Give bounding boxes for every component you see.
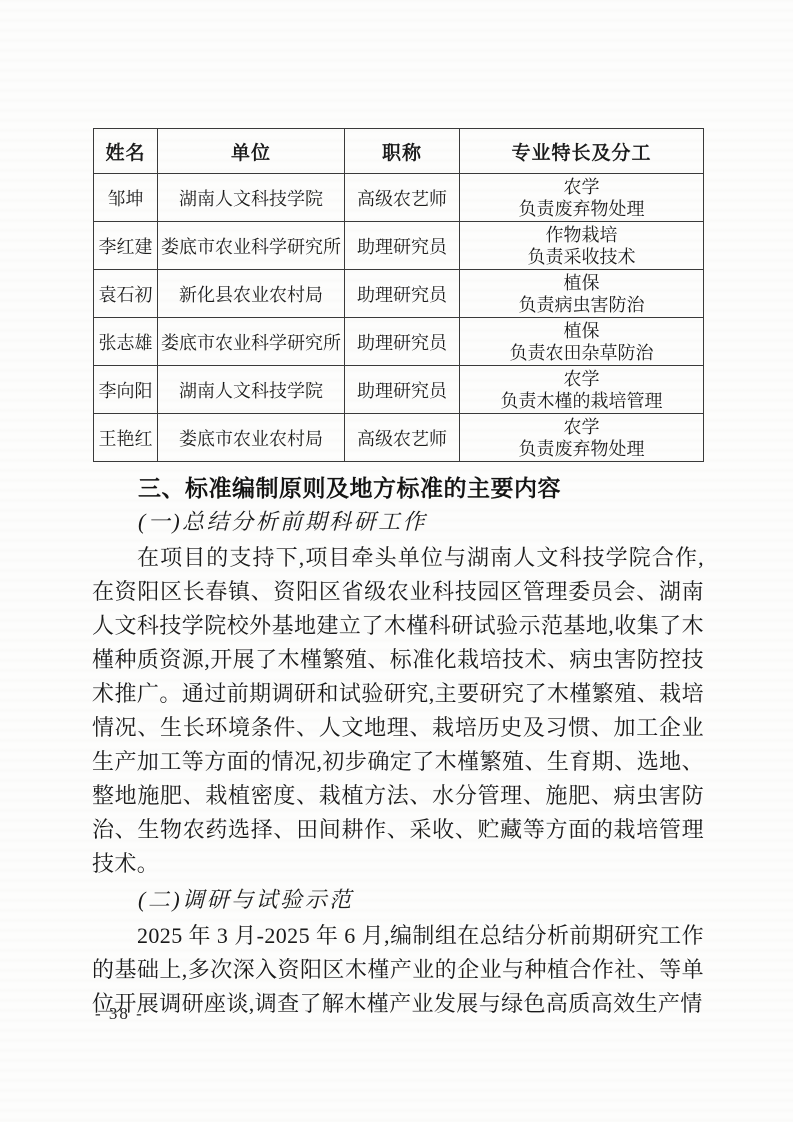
cell-title: 助理研究员 [345,270,460,318]
cell-unit: 娄底市农业科学研究所 [158,318,345,366]
subsection2-heading: (二)调研与试验示范 [92,884,704,916]
duty-line: 负责木槿的栽培管理 [460,390,703,412]
cell-specialty: 植保 负责农田杂草防治 [460,318,704,366]
duty-line: 负责病虫害防治 [460,294,703,316]
cell-specialty: 作物栽培 负责采收技术 [460,222,704,270]
duty-line: 负责废弃物处理 [460,438,703,460]
body-text: 三、标准编制原则及地方标准的主要内容 (一)总结分析前期科研工作 在项目的支持下… [92,472,704,1021]
duty-line: 负责农田杂草防治 [460,342,703,364]
cell-name: 王艳红 [94,414,158,462]
cell-name: 李向阳 [94,366,158,414]
specialty-line: 植保 [460,272,703,294]
subsection1-heading: (一)总结分析前期科研工作 [92,506,704,538]
paragraph-1: 在项目的支持下,项目牵头单位与湖南人文科技学院合作,在资阳区长春镇、资阳区省级农… [92,541,704,881]
cell-name: 邹坤 [94,174,158,222]
specialty-line: 农学 [460,368,703,390]
header-name: 姓名 [94,129,158,174]
cell-title: 助理研究员 [345,318,460,366]
cell-specialty: 植保 负责病虫害防治 [460,270,704,318]
document-page: 姓名 单位 职称 专业特长及分工 邹坤 湖南人文科技学院 高级农艺师 农学 负责… [0,0,793,1122]
table-header-row: 姓名 单位 职称 专业特长及分工 [94,129,704,174]
table-row: 王艳红 娄底市农业农村局 高级农艺师 农学 负责废弃物处理 [94,414,704,462]
cell-title: 助理研究员 [345,366,460,414]
page-number: - 38 - [95,1004,144,1024]
drafting-team-table: 姓名 单位 职称 专业特长及分工 邹坤 湖南人文科技学院 高级农艺师 农学 负责… [93,128,704,462]
header-unit: 单位 [158,129,345,174]
specialty-line: 农学 [460,416,703,438]
cell-unit: 娄底市农业农村局 [158,414,345,462]
cell-name: 李红建 [94,222,158,270]
paragraph-2: 2025 年 3 月-2025 年 6 月,编制组在总结分析前期研究工作的基础上… [92,919,704,1021]
header-title: 职称 [345,129,460,174]
table-row: 袁石初 新化县农业农村局 助理研究员 植保 负责病虫害防治 [94,270,704,318]
header-specialty: 专业特长及分工 [460,129,704,174]
duty-line: 负责废弃物处理 [460,198,703,220]
cell-unit: 湖南人文科技学院 [158,174,345,222]
specialty-line: 植保 [460,320,703,342]
specialty-line: 作物栽培 [460,224,703,246]
cell-specialty: 农学 负责木槿的栽培管理 [460,366,704,414]
duty-line: 负责采收技术 [460,246,703,268]
cell-unit: 湖南人文科技学院 [158,366,345,414]
cell-specialty: 农学 负责废弃物处理 [460,414,704,462]
table-row: 李向阳 湖南人文科技学院 助理研究员 农学 负责木槿的栽培管理 [94,366,704,414]
cell-unit: 娄底市农业科学研究所 [158,222,345,270]
table-row: 邹坤 湖南人文科技学院 高级农艺师 农学 负责废弃物处理 [94,174,704,222]
cell-specialty: 农学 负责废弃物处理 [460,174,704,222]
section-heading: 三、标准编制原则及地方标准的主要内容 [92,472,704,504]
table-row: 张志雄 娄底市农业科学研究所 助理研究员 植保 负责农田杂草防治 [94,318,704,366]
specialty-line: 农学 [460,176,703,198]
cell-unit: 新化县农业农村局 [158,270,345,318]
cell-name: 张志雄 [94,318,158,366]
table-row: 李红建 娄底市农业科学研究所 助理研究员 作物栽培 负责采收技术 [94,222,704,270]
cell-title: 助理研究员 [345,222,460,270]
cell-name: 袁石初 [94,270,158,318]
cell-title: 高级农艺师 [345,174,460,222]
cell-title: 高级农艺师 [345,414,460,462]
